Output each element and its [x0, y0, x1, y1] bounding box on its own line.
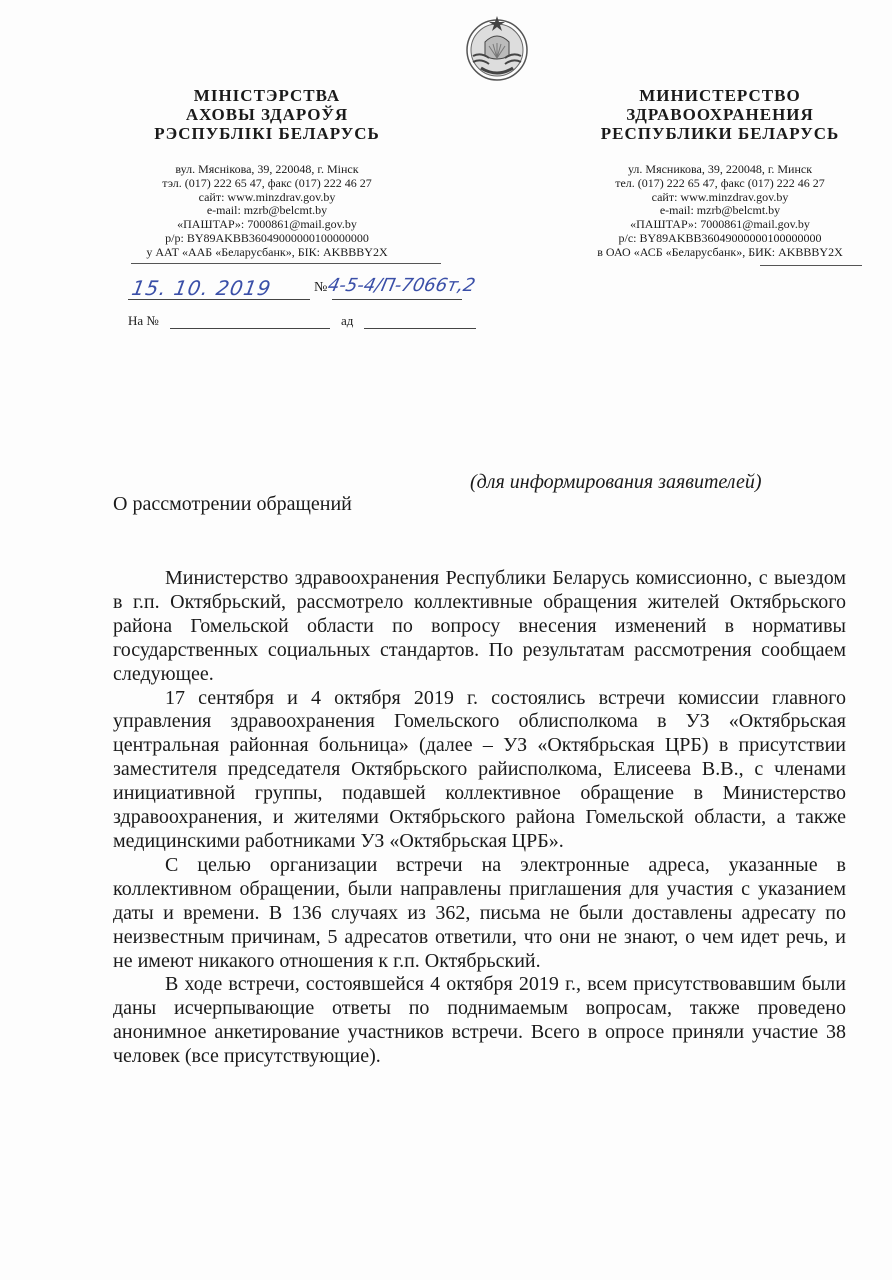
org-line: МІНІСТЭРСТВА — [112, 86, 422, 105]
org-line: АХОВЫ ЗДАРОЎЯ — [112, 105, 422, 124]
address-line: вул. Мяснікова, 39, 220048, г. Мінск — [112, 163, 422, 177]
org-line: ЗДРАВООХРАНЕНИЯ — [572, 105, 868, 124]
letterhead-belarusian: МІНІСТЭРСТВА АХОВЫ ЗДАРОЎЯ РЭСПУБЛІКІ БЕ… — [112, 86, 422, 260]
pashtar-line: «ПАШТАР»: 7000861@mail.gov.by — [572, 218, 868, 232]
paragraph: Министерство здравоохранения Республики … — [113, 567, 846, 687]
email-line: e-mail: mzrb@belcmt.by — [572, 204, 868, 218]
pashtar-line: «ПАШТАР»: 7000861@mail.gov.by — [112, 218, 422, 232]
state-emblem-icon — [459, 12, 535, 82]
reference-line: На № ад — [128, 313, 468, 333]
registration-number: 4-5-4/П-7066т,2 — [326, 275, 477, 296]
addressee-note: (для информирования заявителей) — [470, 471, 762, 494]
phone-line: тэл. (017) 222 65 47, факс (017) 222 46 … — [112, 177, 422, 191]
header-divider-right — [760, 265, 862, 266]
account-line: р/р: BY89AKBB36049000000100000000 — [112, 232, 422, 246]
org-name-be: МІНІСТЭРСТВА АХОВЫ ЗДАРОЎЯ РЭСПУБЛІКІ БЕ… — [112, 86, 422, 143]
org-line: РЕСПУБЛИКИ БЕЛАРУСЬ — [572, 124, 868, 143]
address-line: ул. Мясникова, 39, 220048, г. Минск — [572, 163, 868, 177]
reference-from-label: ад — [341, 313, 353, 329]
website-line: сайт: www.minzdrav.gov.by — [112, 191, 422, 205]
paragraph: В ходе встречи, состоявшейся 4 октября 2… — [113, 973, 846, 1069]
registration-date: 15. 10. 2019 — [130, 276, 273, 300]
account-line: р/с: BY89AKBB36049000000100000000 — [572, 232, 868, 246]
org-name-ru: МИНИСТЕРСТВО ЗДРАВООХРАНЕНИЯ РЕСПУБЛИКИ … — [572, 86, 868, 143]
reference-number-blank — [170, 328, 330, 329]
letter-body: Министерство здравоохранения Республики … — [113, 567, 846, 1069]
number-underline — [332, 299, 462, 300]
paragraph: С целью организации встречи на электронн… — [113, 854, 846, 974]
website-line: сайт: www.minzdrav.gov.by — [572, 191, 868, 205]
address-block-be: вул. Мяснікова, 39, 220048, г. Мінск тэл… — [112, 163, 422, 260]
reference-label: На № — [128, 313, 159, 329]
email-line: e-mail: mzrb@belcmt.by — [112, 204, 422, 218]
bank-line: в ОАО «АСБ «Беларусбанк», БИК: AKBBBY2X — [572, 246, 868, 260]
reference-date-blank — [364, 328, 476, 329]
paragraph: 17 сентября и 4 октября 2019 г. состояли… — [113, 687, 846, 854]
bank-line: у ААТ «ААБ «Беларусбанк», БІК: AKBBBY2X — [112, 246, 422, 260]
registration-line: 15. 10. 2019 № 4-5-4/П-7066т,2 — [128, 276, 468, 302]
letter-subject: О рассмотрении обращений — [113, 493, 352, 516]
address-block-ru: ул. Мясникова, 39, 220048, г. Минск тел.… — [572, 163, 868, 260]
header-divider-left — [131, 263, 441, 264]
org-line: РЭСПУБЛІКІ БЕЛАРУСЬ — [112, 124, 422, 143]
phone-line: тел. (017) 222 65 47, факс (017) 222 46 … — [572, 177, 868, 191]
org-line: МИНИСТЕРСТВО — [572, 86, 868, 105]
letterhead-russian: МИНИСТЕРСТВО ЗДРАВООХРАНЕНИЯ РЕСПУБЛИКИ … — [572, 86, 868, 260]
date-underline — [128, 299, 310, 300]
